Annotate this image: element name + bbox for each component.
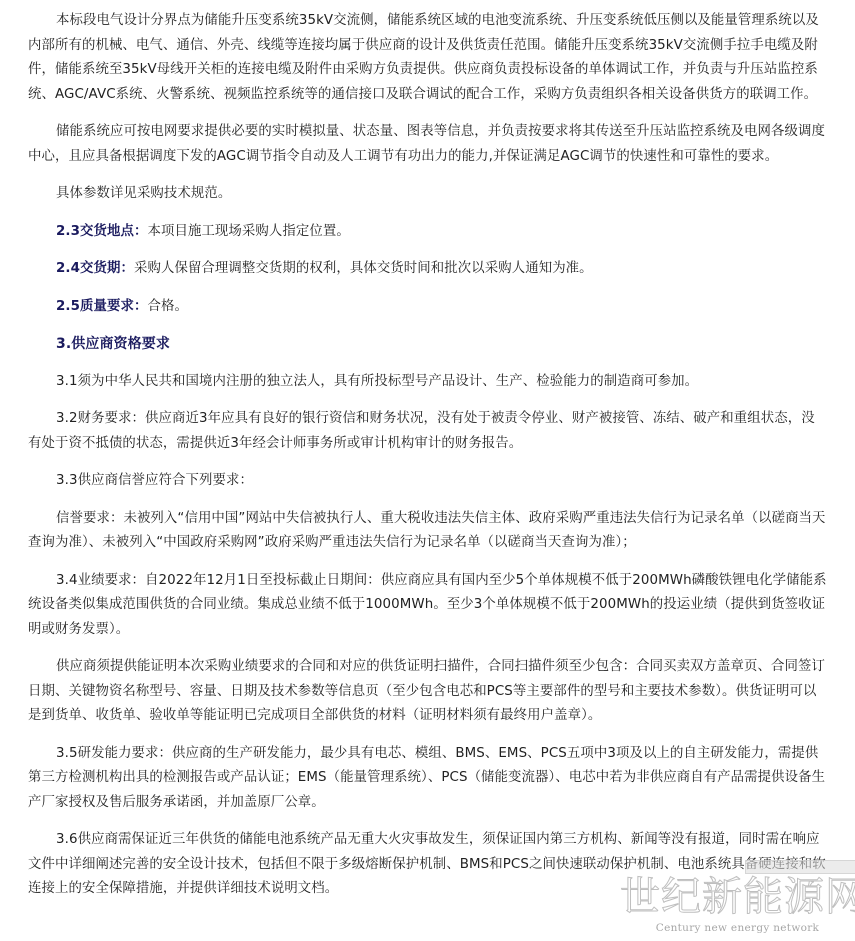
section-text: 采购人保留合理调整交货期的权利，具体交货时间和批次以采购人通知为准。	[134, 261, 593, 276]
requirement-3-3: 3.3供应商信誉应符合下列要求：	[28, 469, 828, 494]
article-body: 本标段电气设计分界点为储能升压变系统35kV交流侧，储能系统区域的电池变流系统、…	[28, 9, 828, 915]
paragraph-spec-reference: 具体参数详见采购技术规范。	[28, 182, 828, 207]
section-text: 本项目施工现场采购人指定位置。	[147, 224, 349, 239]
section-delivery-period: 2.4交货期：采购人保留合理调整交货期的权利，具体交货时间和批次以采购人通知为准…	[28, 257, 828, 282]
section-supplier-qualification: 3.供应商资格要求	[28, 332, 828, 357]
section-quality-requirement: 2.5质量要求：合格。	[28, 295, 828, 320]
requirement-3-1: 3.1须为中华人民共和国境内注册的独立法人，具有所投标型号产品设计、生产、检验能…	[28, 370, 828, 395]
requirement-3-2: 3.2财务要求：供应商近3年应具有良好的银行资信和财务状况，没有处于被责令停业、…	[28, 407, 828, 456]
requirement-3-4-proof: 供应商须提供能证明本次采购业绩要求的合同和对应的供货证明扫描件，合同扫描件须至少…	[28, 655, 828, 729]
requirement-3-6: 3.6供应商需保证近三年供货的储能电池系统产品无重大火灾事故发生，须保证国内第三…	[28, 828, 828, 902]
watermark-subtitle: Century new energy network	[620, 922, 855, 934]
requirement-3-3-credit: 信誉要求：未被列入“信用中国”网站中失信被执行人、重大税收违法失信主体、政府采购…	[28, 507, 828, 556]
section-heading: 3.供应商资格要求	[56, 336, 170, 352]
section-text: 合格。	[147, 299, 187, 314]
requirement-3-5: 3.5研发能力要求：供应商的生产研发能力，最少具有电芯、模组、BMS、EMS、P…	[28, 742, 828, 816]
paragraph-design-boundary: 本标段电气设计分界点为储能升压变系统35kV交流侧，储能系统区域的电池变流系统、…	[28, 9, 828, 107]
section-label: 2.4交货期：	[56, 261, 134, 276]
section-label: 2.5质量要求：	[56, 299, 147, 314]
paragraph-grid-requirements: 储能系统应可按电网要求提供必要的实时模拟量、状态量、图表等信息，并负责按要求将其…	[28, 120, 828, 169]
section-label: 2.3交货地点：	[56, 224, 147, 239]
requirement-3-4: 3.4业绩要求：自2022年12月1日至投标截止日期间：供应商应具有国内至少5个…	[28, 569, 828, 643]
section-delivery-location: 2.3交货地点：本项目施工现场采购人指定位置。	[28, 220, 828, 245]
